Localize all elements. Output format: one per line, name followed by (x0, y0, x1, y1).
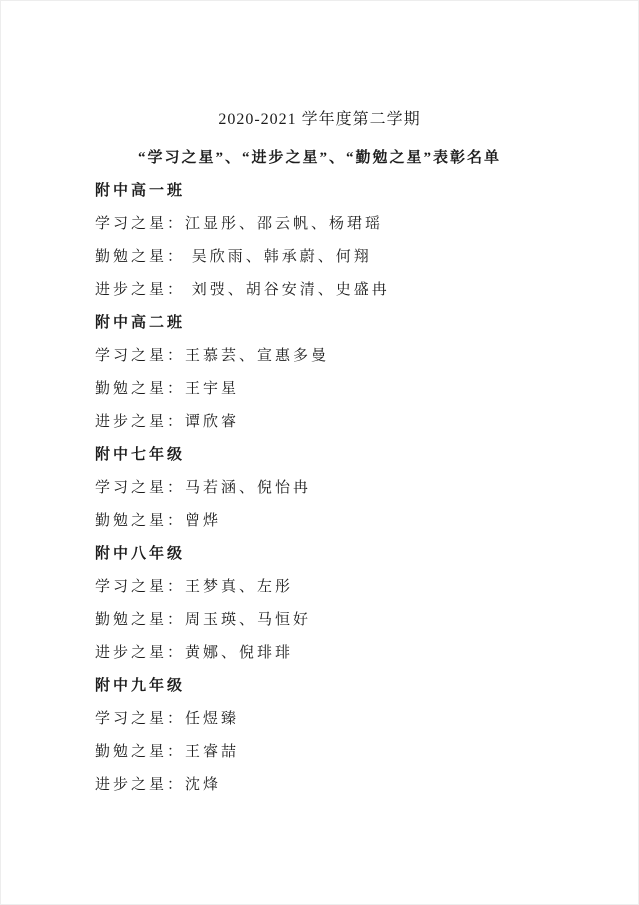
award-line-learning-star: 学习之星：任煜臻 (95, 712, 544, 727)
section-heading: 附中八年级 (95, 547, 544, 562)
award-line-diligence-star: 勤勉之星：曾烨 (95, 514, 544, 529)
section-grade-seven: 附中七年级 学习之星：马若涵、倪怡冉 勤勉之星：曾烨 (95, 448, 544, 529)
award-line-learning-star: 学习之星：马若涵、倪怡冉 (95, 481, 544, 496)
award-line-progress-star: 进步之星：黄娜、倪琲琲 (95, 646, 544, 661)
document-subtitle: “学习之星”、“进步之星”、“勤勉之星”表彰名单 (95, 151, 544, 166)
section-heading: 附中高一班 (95, 184, 544, 199)
award-line-learning-star: 学习之星：王慕芸、宣惠多曼 (95, 349, 544, 364)
section-senior-two: 附中高二班 学习之星：王慕芸、宣惠多曼 勤勉之星：王宇星 进步之星：谭欣睿 (95, 316, 544, 430)
award-line-diligence-star: 勤勉之星： 吴欣雨、韩承蔚、何翔 (95, 250, 544, 265)
award-line-progress-star: 进步之星：谭欣睿 (95, 415, 544, 430)
section-heading: 附中九年级 (95, 679, 544, 694)
award-line-learning-star: 学习之星：江显彤、邵云帆、杨珺瑶 (95, 217, 544, 232)
document-page: 2020-2021 学年度第二学期 “学习之星”、“进步之星”、“勤勉之星”表彰… (0, 0, 639, 905)
award-line-diligence-star: 勤勉之星：王宇星 (95, 382, 544, 397)
award-line-diligence-star: 勤勉之星：王睿喆 (95, 745, 544, 760)
section-grade-eight: 附中八年级 学习之星：王梦真、左彤 勤勉之星：周玉瑛、马恒好 进步之星：黄娜、倪… (95, 547, 544, 661)
section-senior-one: 附中高一班 学习之星：江显彤、邵云帆、杨珺瑶 勤勉之星： 吴欣雨、韩承蔚、何翔 … (95, 184, 544, 298)
section-heading: 附中高二班 (95, 316, 544, 331)
document-content: 2020-2021 学年度第二学期 “学习之星”、“进步之星”、“勤勉之星”表彰… (0, 0, 639, 793)
award-line-learning-star: 学习之星：王梦真、左彤 (95, 580, 544, 595)
award-line-diligence-star: 勤勉之星：周玉瑛、马恒好 (95, 613, 544, 628)
award-line-progress-star: 进步之星：沈烽 (95, 778, 544, 793)
section-heading: 附中七年级 (95, 448, 544, 463)
award-line-progress-star: 进步之星： 刘弢、胡谷安清、史盛冉 (95, 283, 544, 298)
document-title: 2020-2021 学年度第二学期 (95, 112, 544, 128)
section-grade-nine: 附中九年级 学习之星：任煜臻 勤勉之星：王睿喆 进步之星：沈烽 (95, 679, 544, 793)
